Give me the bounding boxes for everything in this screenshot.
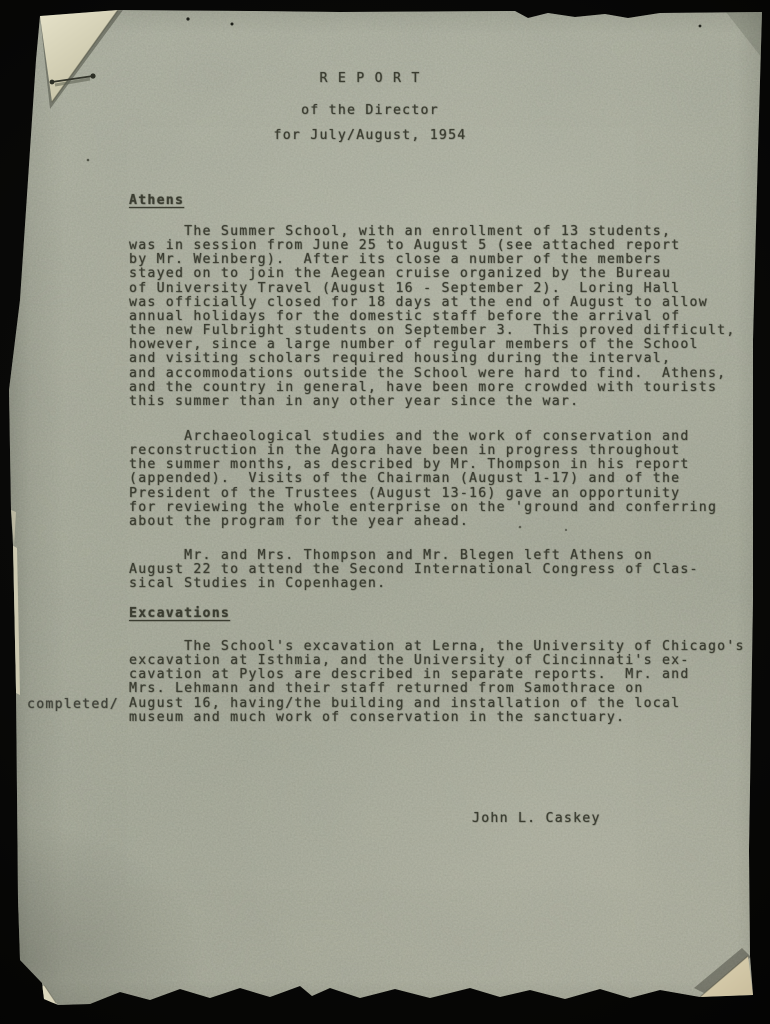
report-subtitle-line1: of the Director — [170, 104, 570, 118]
text-line: this summer than in any other year since… — [129, 395, 736, 409]
section-heading-excavations: Excavations — [129, 607, 230, 621]
fold-top-left — [40, 10, 118, 102]
text-line: museum and much work of conservation in … — [129, 711, 745, 725]
fold-bottom-right — [700, 956, 753, 997]
text-line: for reviewing the whole enterprise on th… — [129, 501, 717, 515]
fold-shadow-bottom-right — [694, 948, 751, 993]
text-line: annual holidays for the domestic staff b… — [129, 310, 736, 324]
tear-bottom-left — [41, 985, 57, 1004]
speck — [699, 25, 702, 28]
speck — [565, 529, 567, 531]
document-page: R E P O R T of the Director for July/Aug… — [0, 0, 770, 1024]
text-line: President of the Trustees (August 13-16)… — [129, 487, 717, 501]
paragraph: The School's excavation at Lerna, the Un… — [129, 640, 745, 725]
section-heading-text: Excavations — [129, 606, 230, 621]
signature-name: John L. Caskey — [472, 812, 601, 826]
report-subtitle-line2: for July/August, 1954 — [170, 129, 570, 143]
scanned-document: R E P O R T of the Director for July/Aug… — [0, 0, 770, 1024]
text-line: and visiting scholars required housing d… — [129, 352, 736, 366]
text-line: of University Travel (August 16 - Septem… — [129, 282, 736, 296]
text-line: (appended). Visits of the Chairman (Augu… — [129, 472, 717, 486]
staple-mark — [50, 73, 96, 85]
text-line: and accommodations outside the School we… — [129, 367, 736, 381]
margin-correction-note: completed/ — [27, 698, 119, 712]
paragraph: Archaeological studies and the work of c… — [129, 430, 717, 529]
section-heading-athens: Athens — [129, 194, 184, 208]
paragraph: The Summer School, with an enrollment of… — [129, 225, 736, 409]
speck — [87, 159, 90, 162]
text-line: August 16, having/the building and insta… — [129, 697, 745, 711]
section-heading-text: Athens — [129, 193, 184, 208]
left-edge-tear-small — [11, 510, 16, 546]
text-line: and the country in general, have been mo… — [129, 381, 736, 395]
text-line: Mrs. Lehmann and their staff returned fr… — [129, 682, 745, 696]
text-line: sical Studies in Copenhagen. — [129, 577, 699, 591]
paragraph: Mr. and Mrs. Thompson and Mr. Blegen lef… — [129, 549, 699, 591]
speck — [231, 23, 234, 26]
bend-top-right — [726, 12, 762, 58]
text-line: was officially closed for 18 days at the… — [129, 296, 736, 310]
text-line: stayed on to join the Aegean cruise orga… — [129, 267, 736, 281]
report-title: R E P O R T — [170, 72, 570, 86]
speck — [186, 17, 189, 20]
text-line: about the program for the year ahead. — [129, 515, 717, 529]
left-edge-tear — [12, 545, 20, 695]
fold-shadow-top-left — [40, 10, 123, 109]
